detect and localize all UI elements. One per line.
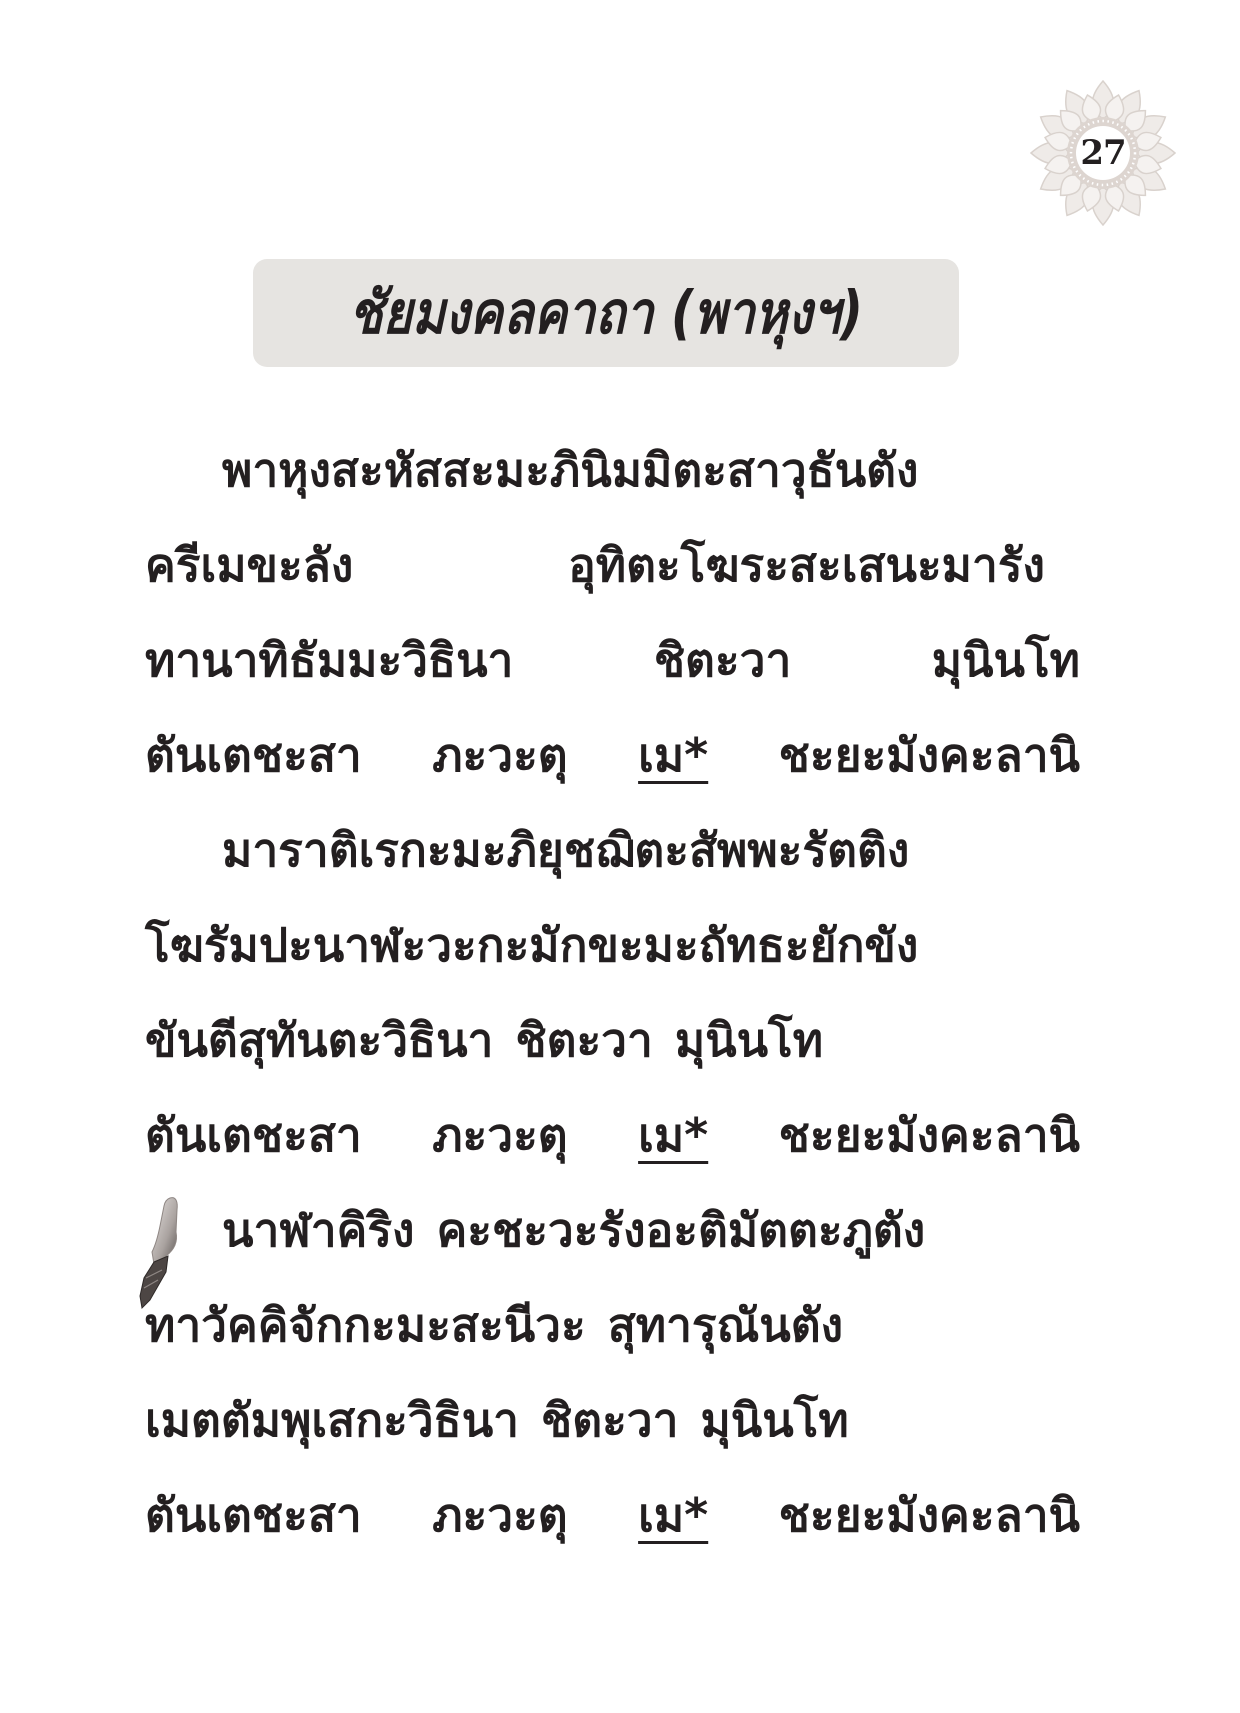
verse-text: มุนินโท (700, 1375, 848, 1465)
verse-text: โฆรัมปะนาฬะวะกะมักขะมะถัทธะยักขัง (145, 900, 918, 990)
verse-text: ตันเตชะสา (145, 1470, 362, 1560)
verse-line: โฆรัมปะนาฬะวะกะมักขะมะถัทธะยักขัง (145, 900, 1080, 990)
verse-text: ชะยะมังคะลานิ (779, 1470, 1080, 1560)
underlined-me-word: เม* (638, 710, 708, 800)
verse-text: ภะวะตุ (432, 710, 567, 800)
verse-line: ขันตีสุทันตะวิธินาชิตะวามุนินโท (145, 995, 1080, 1085)
verse-refrain-line: ตันเตชะสา ภะวะตุ เม* ชะยะมังคะลานิ (145, 1090, 1080, 1180)
verse-line: ครีเมขะลัง อุทิตะโฆระสะเสนะมารัง (145, 520, 1045, 610)
verse-text: นาฬาคิริง (222, 1185, 415, 1275)
verse-line: นาฬาคิริงคะชะวะรังอะติมัตตะภูตัง (222, 1185, 1062, 1275)
verse-text: ชะยะมังคะลานิ (779, 1090, 1080, 1180)
verse-text: มุนินโท (932, 615, 1080, 705)
verse-text: ชิตะวา (515, 995, 652, 1085)
verse-text: มาราติเรกะมะภิยุชฌิตะสัพพะรัตติง (222, 805, 909, 895)
verse-text: ชะยะมังคะลานิ (779, 710, 1080, 800)
verse-line: เมตตัมพุเสกะวิธินาชิตะวามุนินโท (145, 1375, 1080, 1465)
page-title: ชัยมงคลคาถา (พาหุงฯ) (349, 266, 863, 359)
page-number-badge: 27 (1028, 78, 1178, 228)
verse-text: ตันเตชะสา (145, 1090, 362, 1180)
verse-text: อุทิตะโฆระสะเสนะมารัง (568, 520, 1045, 610)
verse-refrain-line: ตันเตชะสา ภะวะตุ เม* ชะยะมังคะลานิ (145, 1470, 1080, 1560)
underlined-me-word: เม* (638, 1470, 708, 1560)
verse-refrain-line: ตันเตชะสา ภะวะตุ เม* ชะยะมังคะลานิ (145, 710, 1080, 800)
verse-line: มาราติเรกะมะภิยุชฌิตะสัพพะรัตติง (222, 805, 1080, 895)
verse-line: ทาวัคคิจักกะมะสะนีวะสุทารุณันตัง (145, 1280, 1080, 1370)
verse-text: คะชะวะรังอะติมัตตะภูตัง (437, 1185, 926, 1275)
verse-text: ครีเมขะลัง (145, 520, 353, 610)
title-box: ชัยมงคลคาถา (พาหุงฯ) (253, 259, 959, 367)
verse-text: ทานาทิธัมมะวิธินา (145, 615, 513, 705)
verse-text: ชิตะวา (654, 615, 791, 705)
underlined-me-word: เม* (638, 1090, 708, 1180)
verse-text: เมตตัมพุเสกะวิธินา (145, 1375, 519, 1465)
verse-text: พาหุงสะหัสสะมะภินิมมิตะสาวุธันตัง (222, 425, 919, 515)
verse-text: มุนินโท (675, 995, 823, 1085)
verse-text: ภะวะตุ (432, 1470, 567, 1560)
verse-text: ทาวัคคิจักกะมะสะนีวะ (145, 1280, 586, 1370)
verse-line: ทานาทิธัมมะวิธินา ชิตะวา มุนินโท (145, 615, 1080, 705)
verse-text: ชิตะวา (541, 1375, 678, 1465)
verse-text: ภะวะตุ (432, 1090, 567, 1180)
verse-line: พาหุงสะหัสสะมะภินิมมิตะสาวุธันตัง (222, 425, 1080, 515)
page-number: 27 (1028, 78, 1178, 228)
verse-text: ขันตีสุทันตะวิธินา (145, 995, 493, 1085)
verse-text: สุทารุณันตัง (608, 1280, 843, 1370)
verse-text: ตันเตชะสา (145, 710, 362, 800)
